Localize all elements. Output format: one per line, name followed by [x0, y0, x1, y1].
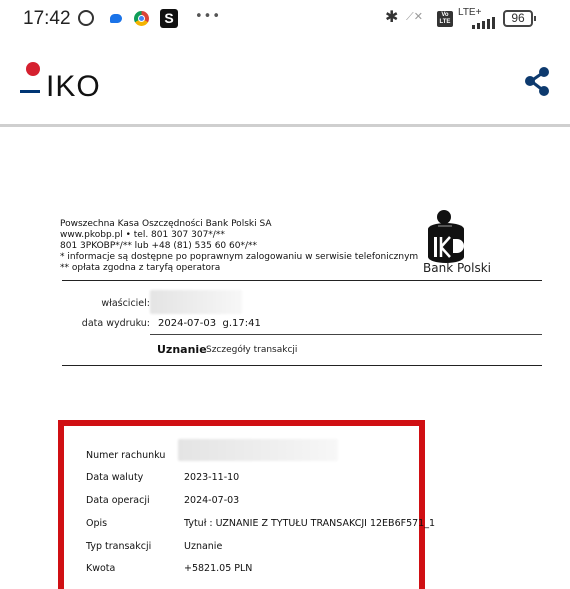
divider: [62, 280, 542, 281]
detail-value: Tytuł : UZNANIE Z TYTUŁU TRANSAKCJI 12EB…: [184, 518, 435, 529]
alarm-icon: [78, 10, 94, 26]
app-header: IKO: [0, 40, 570, 124]
chrome-icon: [134, 11, 149, 26]
section-title: Uznanie: [157, 343, 207, 356]
logo-red-dot-icon: [26, 62, 40, 76]
logo-navy-bar-icon: [20, 90, 40, 93]
s-app-icon: S: [160, 9, 178, 28]
share-button[interactable]: [520, 64, 556, 100]
print-date-value: 2024-07-03 g.17:41: [158, 318, 261, 329]
detail-value: Uznanie: [184, 541, 222, 552]
logo-text: IKO: [46, 70, 101, 104]
print-date-label: data wydruku:: [30, 318, 150, 329]
bank-logo-name: Bank Polski: [423, 261, 491, 275]
transaction-document: Powszechna Kasa Oszczędności Bank Polski…: [0, 127, 570, 589]
detail-label: Data waluty: [86, 472, 143, 483]
detail-label: Numer rachunku: [86, 450, 165, 461]
bank-info-line: Powszechna Kasa Oszczędności Bank Polski…: [60, 219, 380, 230]
detail-label: Data operacji: [86, 495, 150, 506]
detail-label: Kwota: [86, 563, 115, 574]
bank-info: Powszechna Kasa Oszczędności Bank Polski…: [60, 219, 380, 274]
battery-icon: 96: [503, 10, 533, 27]
share-icon: [520, 64, 556, 100]
bank-info-line: www.pkobp.pl • tel. 801 307 307*/**: [60, 230, 380, 241]
detail-value: 2023-11-10: [184, 472, 239, 483]
more-dots-icon: •••: [195, 9, 221, 24]
status-bar: 17:42 S ••• ✱ ⟋✕ VoLTE LTE+ 96: [0, 0, 570, 38]
bank-info-line: ** opłata zgodna z taryfą operatora: [60, 263, 380, 274]
bluetooth-icon: ✱: [385, 7, 398, 26]
vibrate-off-icon: ⟋✕: [406, 10, 423, 24]
bank-info-line: 801 3PKOBP*/** lub +48 (81) 535 60 60*/*…: [60, 241, 380, 252]
messages-icon: [110, 14, 122, 23]
detail-label: Opis: [86, 518, 107, 529]
section-subtitle: Szczegóły transakcji: [206, 345, 297, 355]
signal-strength-icon: [458, 17, 496, 29]
pko-bank-logo-icon: [420, 205, 480, 291]
owner-label: właściciel:: [30, 298, 150, 309]
detail-label: Typ transakcji: [86, 541, 151, 552]
volte-icon: VoLTE: [437, 11, 453, 27]
bank-info-line: * informacje są dostępne po poprawnym za…: [60, 252, 380, 263]
status-time: 17:42: [23, 8, 71, 30]
iko-logo: IKO: [20, 60, 110, 110]
account-number-redacted: [178, 439, 338, 461]
detail-value: 2024-07-03: [184, 495, 239, 506]
divider: [150, 334, 542, 335]
owner-value-redacted: [150, 290, 242, 314]
divider: [62, 365, 542, 366]
detail-value: +5821.05 PLN: [184, 563, 252, 574]
